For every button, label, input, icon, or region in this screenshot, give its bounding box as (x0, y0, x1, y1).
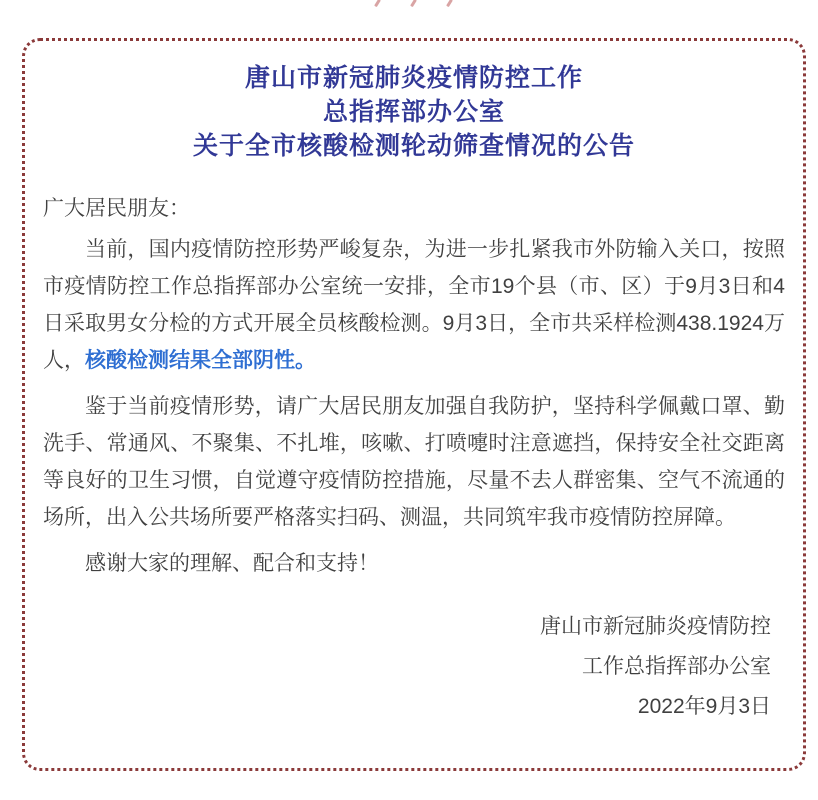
cropped-glyph-tip (410, 0, 417, 7)
page: { "colors": { "page_background": "#fffff… (0, 0, 818, 800)
notice-title: 唐山市新冠肺炎疫情防控工作 总指挥部办公室 关于全市核酸检测轮动筛查情况的公告 (43, 61, 785, 163)
paragraph-protection-advice: 鉴于当前疫情形势，请广大居民朋友加强自我防护，坚持科学佩戴口罩、勤洗手、常通风、… (43, 388, 785, 536)
signature-date: 2022年9月3日 (43, 687, 771, 727)
title-line-office: 总指挥部办公室 (43, 95, 785, 129)
cropped-glyph-tip (374, 0, 381, 7)
notice-frame: 唐山市新冠肺炎疫情防控工作 总指挥部办公室 关于全市核酸检测轮动筛查情况的公告 … (22, 38, 806, 771)
highlight-all-negative: 核酸检测结果全部阴性。 (85, 349, 316, 372)
title-line-subject: 关于全市核酸检测轮动筛查情况的公告 (43, 129, 785, 163)
paragraph-testing-results: 当前，国内疫情防控形势严峻复杂，为进一步扎紧我市外防输入关口，按照市疫情防控工作… (43, 231, 785, 379)
signature-block: 唐山市新冠肺炎疫情防控 工作总指挥部办公室 2022年9月3日 (43, 607, 785, 727)
paragraph-thanks: 感谢大家的理解、配合和支持！ (43, 545, 785, 582)
cropped-text-remnants (0, 0, 818, 10)
cropped-glyph-tip (446, 0, 453, 7)
signature-line-org: 唐山市新冠肺炎疫情防控 (43, 607, 771, 647)
signature-line-office: 工作总指挥部办公室 (43, 647, 771, 687)
notice-body: 广大居民朋友： 当前，国内疫情防控形势严峻复杂，为进一步扎紧我市外防输入关口，按… (43, 190, 785, 727)
salutation: 广大居民朋友： (43, 190, 785, 227)
title-line-org: 唐山市新冠肺炎疫情防控工作 (43, 61, 785, 95)
